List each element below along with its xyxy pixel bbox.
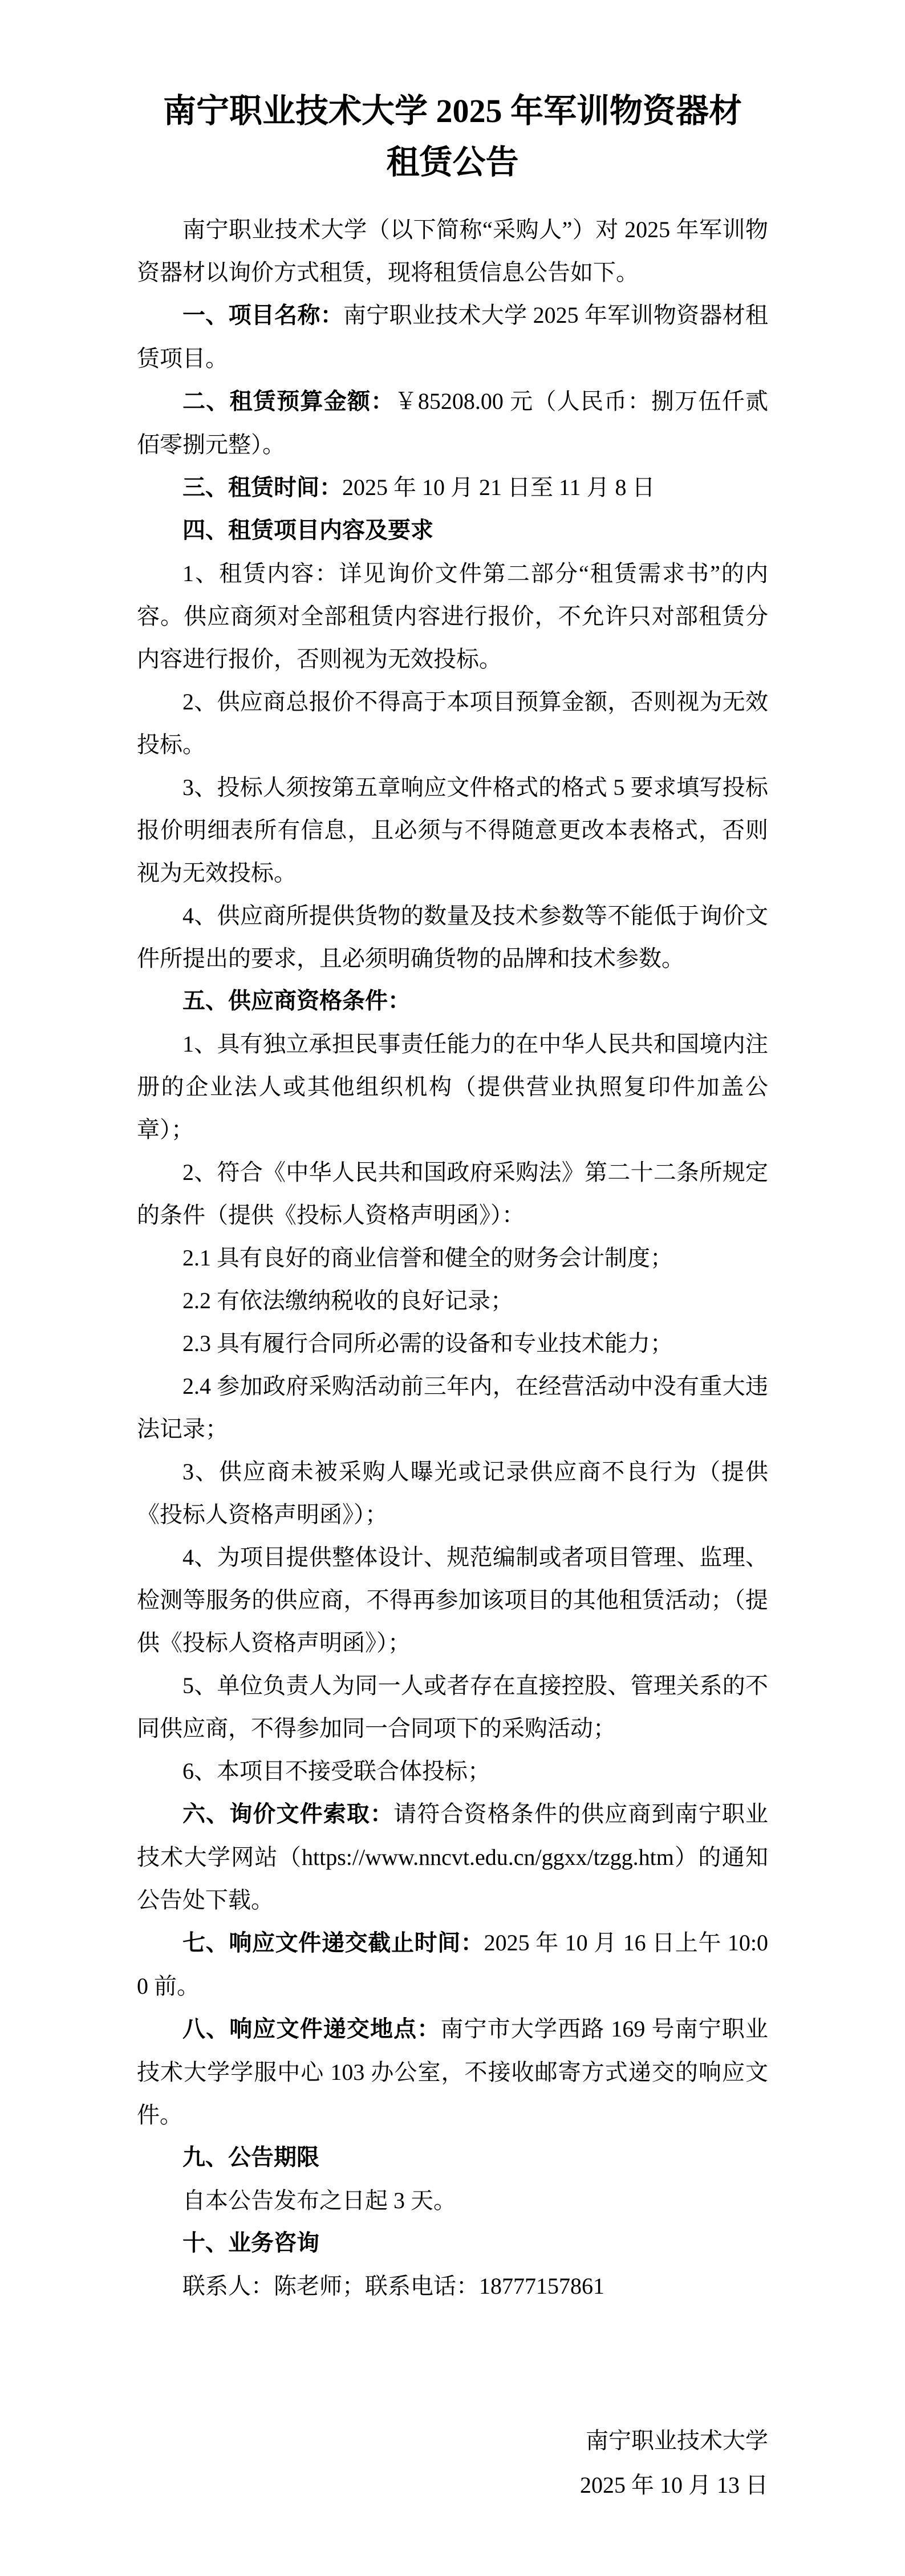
paragraph: 十、业务咨询: [137, 2222, 768, 2265]
document-title: 南宁职业技术大学 2025 年军训物资器材 租赁公告: [137, 86, 768, 188]
signature-date: 2025 年 10 月 13 日: [137, 2463, 768, 2508]
paragraph-lead: 一、项目名称：: [182, 303, 343, 328]
document-body: 南宁职业技术大学（以下简称“采购人”）对 2025 年军训物资器材以询价方式租赁…: [137, 208, 768, 2307]
paragraph-text: 3、投标人须按第五章响应文件格式的格式 5 要求填写投标报价明细表所有信息，且必…: [137, 774, 768, 886]
paragraph-text: 4、供应商所提供货物的数量及技术参数等不能低于询价文件所提出的要求，且必须明确货…: [137, 903, 768, 971]
paragraph: 2、符合《中华人民共和国政府采购法》第二十二条所规定的条件（提供《投标人资格声明…: [137, 1151, 768, 1236]
paragraph-text: 2.1 具有良好的商业信誉和健全的财务会计制度；: [182, 1245, 673, 1271]
paragraph: 2.3 具有履行合同所必需的设备和专业技术能力；: [137, 1322, 768, 1365]
signature-block: 南宁职业技术大学 2025 年 10 月 13 日: [137, 2419, 768, 2508]
paragraph: 一、项目名称：南宁职业技术大学 2025 年军训物资器材租赁项目。: [137, 294, 768, 380]
paragraph-text: 3、供应商未被采购人曝光或记录供应商不良行为（提供《投标人资格声明函》）；: [137, 1459, 768, 1527]
paragraph-text: 五、供应商资格条件：: [182, 988, 411, 1013]
paragraph-text: 2025 年 10 月 21 日至 11 月 8 日: [342, 474, 655, 500]
paragraph-text: 十、业务咨询: [182, 2230, 319, 2255]
paragraph: 南宁职业技术大学（以下简称“采购人”）对 2025 年军训物资器材以询价方式租赁…: [137, 208, 768, 294]
paragraph: 五、供应商资格条件：: [137, 980, 768, 1023]
signature-org: 南宁职业技术大学: [137, 2419, 768, 2463]
paragraph: 2.1 具有良好的商业信誉和健全的财务会计制度；: [137, 1236, 768, 1279]
paragraph: 七、响应文件递交截止时间：2025 年 10 月 16 日上午 10:00 前。: [137, 1921, 768, 2007]
paragraph: 四、租赁项目内容及要求: [137, 509, 768, 552]
paragraph: 八、响应文件递交地点：南宁市大学西路 169 号南宁职业技术大学学服中心 103…: [137, 2007, 768, 2136]
paragraph: 1、租赁内容：详见询价文件第二部分“租赁需求书”的内容。供应商须对全部租赁内容进…: [137, 552, 768, 680]
paragraph: 联系人：陈老师；联系电话：18777157861: [137, 2265, 768, 2307]
paragraph: 1、具有独立承担民事责任能力的在中华人民共和国境内注册的企业法人或其他组织机构（…: [137, 1023, 768, 1151]
paragraph-text: 九、公告期限: [182, 2145, 319, 2170]
paragraph-lead: 八、响应文件递交地点：: [182, 2017, 440, 2042]
paragraph: 九、公告期限: [137, 2136, 768, 2179]
paragraph-text: 2.2 有依法缴纳税收的良好记录；: [182, 1288, 513, 1313]
paragraph-text: 1、具有独立承担民事责任能力的在中华人民共和国境内注册的企业法人或其他组织机构（…: [137, 1031, 768, 1142]
paragraph-text: 2、符合《中华人民共和国政府采购法》第二十二条所规定的条件（提供《投标人资格声明…: [137, 1159, 768, 1228]
paragraph-lead: 六、询价文件索取：: [182, 1802, 393, 1827]
paragraph-text: 南宁职业技术大学（以下简称“采购人”）对 2025 年军训物资器材以询价方式租赁…: [137, 217, 768, 285]
paragraph-text: 1、租赁内容：详见询价文件第二部分“租赁需求书”的内容。供应商须对全部租赁内容进…: [137, 561, 768, 672]
paragraph-text: 2.3 具有履行合同所必需的设备和专业技术能力；: [182, 1330, 673, 1356]
paragraph: 三、租赁时间：2025 年 10 月 21 日至 11 月 8 日: [137, 466, 768, 509]
paragraph: 6、本项目不接受联合体投标；: [137, 1750, 768, 1792]
paragraph-text: 5、单位负责人为同一人或者存在直接控股、管理关系的不同供应商，不得参加同一合同项…: [137, 1673, 768, 1741]
paragraph: 2、供应商总报价不得高于本项目预算金额，否则视为无效投标。: [137, 680, 768, 766]
paragraph-text: 2、供应商总报价不得高于本项目预算金额，否则视为无效投标。: [137, 689, 768, 757]
title-line-1: 南宁职业技术大学 2025 年军训物资器材: [137, 86, 768, 137]
paragraph: 2.4 参加政府采购活动前三年内，在经营活动中没有重大违法记录；: [137, 1365, 768, 1450]
paragraph: 4、为项目提供整体设计、规范编制或者项目管理、监理、检测等服务的供应商，不得再参…: [137, 1536, 768, 1664]
announcement-document: 南宁职业技术大学 2025 年军训物资器材 租赁公告 南宁职业技术大学（以下简称…: [0, 0, 905, 2576]
paragraph: 4、供应商所提供货物的数量及技术参数等不能低于询价文件所提出的要求，且必须明确货…: [137, 894, 768, 980]
paragraph-text: 4、为项目提供整体设计、规范编制或者项目管理、监理、检测等服务的供应商，不得再参…: [137, 1544, 768, 1656]
title-line-2: 租赁公告: [137, 137, 768, 188]
paragraph: 3、供应商未被采购人曝光或记录供应商不良行为（提供《投标人资格声明函》）；: [137, 1450, 768, 1536]
paragraph-text: 6、本项目不接受联合体投标；: [182, 1758, 490, 1784]
paragraph-lead: 七、响应文件递交截止时间：: [182, 1930, 484, 1956]
paragraph-lead: 三、租赁时间：: [182, 475, 342, 500]
paragraph: 5、单位负责人为同一人或者存在直接控股、管理关系的不同供应商，不得参加同一合同项…: [137, 1664, 768, 1750]
paragraph-lead: 二、租赁预算金额：: [182, 389, 395, 414]
paragraph-text: 联系人：陈老师；联系电话：18777157861: [182, 2273, 604, 2299]
paragraph: 二、租赁预算金额：￥85208.00 元（人民币：捌万伍仟贰佰零捌元整）。: [137, 380, 768, 466]
paragraph: 自本公告发布之日起 3 天。: [137, 2179, 768, 2222]
paragraph: 2.2 有依法缴纳税收的良好记录；: [137, 1279, 768, 1322]
paragraph: 3、投标人须按第五章响应文件格式的格式 5 要求填写投标报价明细表所有信息，且必…: [137, 766, 768, 894]
paragraph-text: 自本公告发布之日起 3 天。: [182, 2188, 456, 2213]
paragraph-text: 2.4 参加政府采购活动前三年内，在经营活动中没有重大违法记录；: [137, 1373, 768, 1442]
paragraph-text: 四、租赁项目内容及要求: [182, 518, 433, 543]
paragraph: 六、询价文件索取：请符合资格条件的供应商到南宁职业技术大学网站（https://…: [137, 1792, 768, 1921]
